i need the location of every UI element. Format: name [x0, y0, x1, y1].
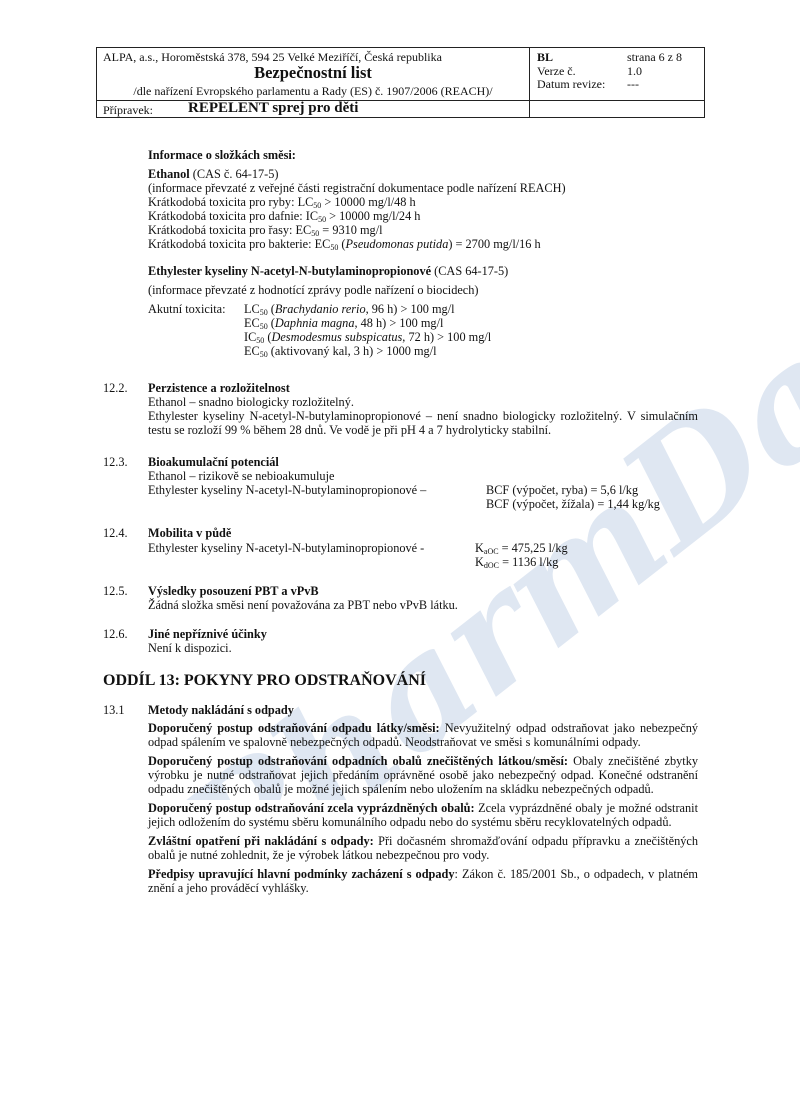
disposal-paragraph: Doporučený postup odstraňování odpadních…	[148, 754, 698, 796]
symbol: K	[475, 555, 484, 569]
acute-toxicity-row: EC50 (aktivovaný kal, 3 h) > 1000 mg/l	[244, 344, 437, 358]
ethanol-source: (informace převzaté z veřejné části regi…	[148, 181, 566, 195]
version-label: Verze č.	[537, 65, 627, 79]
paragraph-lead: Zvláštní opatření při nakládání s odpady…	[148, 834, 374, 848]
value: aktivovaný kal, 3 h) > 1000 mg/l	[275, 344, 437, 358]
subsection-title: Metody nakládání s odpady	[148, 703, 294, 717]
section-number: 12.4.	[103, 526, 128, 540]
acute-toxicity-label: Akutní toxicita:	[148, 302, 226, 316]
ester-name: Ethylester kyseliny N-acetyl-N-butylamin…	[148, 264, 431, 278]
value: , 48 h) > 100 mg/l	[354, 316, 443, 330]
section-title: Výsledky posouzení PBT a vPvB	[148, 584, 319, 598]
value: = 1136 l/kg	[499, 555, 558, 569]
label: Krátkodobá toxicita pro řasy: EC	[148, 223, 311, 237]
document-meta: BLstrana 6 z 8 Verze č.1.0 Datum revize:…	[537, 51, 682, 92]
paragraph-lead: Doporučený postup odstraňování odpadních…	[148, 754, 568, 768]
koc-value: KaOC = 475,25 l/kg	[475, 541, 568, 555]
disposal-paragraphs: Doporučený postup odstraňování odpadu lá…	[148, 721, 698, 900]
value: = 475,25 l/kg	[499, 541, 568, 555]
ethanol-title: Ethanol (CAS č. 64-17-5)	[148, 167, 279, 181]
paragraph-lead: Doporučený postup odstraňování odpadu lá…	[148, 721, 440, 735]
section-number: 12.2.	[103, 381, 128, 395]
section-title: Bioakumulační potenciál	[148, 455, 279, 469]
value: > 10000 mg/l/48 h	[321, 195, 415, 209]
value: , 96 h) > 100 mg/l	[366, 302, 455, 316]
section-title: Mobilita v půdě	[148, 526, 231, 540]
section-text: Ethanol – snadno biologicky rozložitelný…	[148, 395, 354, 409]
section-text: Ethanol – rizikově se nebioakumuluje	[148, 469, 334, 483]
page-info: strana 6 z 8	[627, 51, 682, 65]
document-page: ALPA, a.s., Horoměstská 378, 594 25 Velk…	[0, 0, 800, 1100]
header-divider-vertical	[529, 48, 530, 117]
symbol: K	[475, 541, 484, 555]
section-title: Perzistence a rozložitelnost	[148, 381, 290, 395]
subscript: dOC	[484, 561, 499, 570]
acute-toxicity-row: IC50 (Desmodesmus subspicatus, 72 h) > 1…	[244, 330, 491, 344]
disposal-paragraph: Doporučený postup odstraňování zcela vyp…	[148, 801, 698, 829]
label: EC	[244, 344, 260, 358]
document-header: ALPA, a.s., Horoměstská 378, 594 25 Velk…	[96, 47, 705, 118]
doc-code: BL	[537, 51, 627, 65]
bcf-earthworm-value: BCF (výpočet, žížala) = 1,44 kg/kg	[486, 497, 660, 511]
section-number: 12.5.	[103, 584, 128, 598]
ethanol-daphnia-toxicity: Krátkodobá toxicita pro dafnie: IC50 > 1…	[148, 209, 420, 223]
product-label: Přípravek:	[103, 103, 153, 117]
ester-title: Ethylester kyseliny N-acetyl-N-butylamin…	[148, 264, 508, 278]
product-name: REPELENT sprej pro děti	[188, 101, 358, 115]
section-text: Ethylester kyseliny N-acetyl-N-butylamin…	[148, 541, 424, 555]
document-title: Bezpečnostní list	[97, 64, 529, 82]
section-number: 12.3.	[103, 455, 128, 469]
section-text: Není k dispozici.	[148, 641, 232, 655]
species: Daphnia magna	[275, 316, 355, 330]
subscript: 50	[260, 350, 268, 359]
label: EC	[244, 316, 260, 330]
section-text: Ethylester kyseliny N-acetyl-N-butylamin…	[148, 409, 698, 437]
section-text: Žádná složka směsi není považována za PB…	[148, 598, 458, 612]
acute-toxicity-row: EC50 (Daphnia magna, 48 h) > 100 mg/l	[244, 316, 443, 330]
subscript: 50	[330, 243, 338, 252]
label: Krátkodobá toxicita pro dafnie: IC	[148, 209, 318, 223]
kdoc-value: KdOC = 1136 l/kg	[475, 555, 558, 569]
disposal-paragraph: Doporučený postup odstraňování odpadu lá…	[148, 721, 698, 749]
bcf-fish-value: BCF (výpočet, ryba) = 5,6 l/kg	[486, 483, 638, 497]
revision-label: Datum revize:	[537, 78, 627, 92]
section-13-heading: ODDÍL 13: POKYNY PRO ODSTRAŇOVÁNÍ	[103, 674, 426, 688]
disposal-paragraph: Předpisy upravující hlavní podmínky zach…	[148, 867, 698, 895]
label: Krátkodobá toxicita pro bakterie: EC	[148, 237, 330, 251]
species: Brachydanio rerio	[275, 302, 366, 316]
value: , 72 h) > 100 mg/l	[402, 330, 491, 344]
paragraph-lead: Doporučený postup odstraňování zcela vyp…	[148, 801, 475, 815]
species: Desmodesmus subspicatus	[271, 330, 402, 344]
label: Krátkodobá toxicita pro ryby: LC	[148, 195, 313, 209]
value: = 9310 mg/l	[319, 223, 382, 237]
section-text: Ethylester kyseliny N-acetyl-N-butylamin…	[148, 483, 426, 497]
version-value: 1.0	[627, 65, 642, 79]
value: > 10000 mg/l/24 h	[326, 209, 420, 223]
components-heading: Informace o složkách směsi:	[148, 148, 296, 162]
ester-cas: (CAS 64-17-5)	[431, 264, 508, 278]
paragraph-lead: Předpisy upravující hlavní podmínky zach…	[148, 867, 455, 881]
ethanol-fish-toxicity: Krátkodobá toxicita pro ryby: LC50 > 100…	[148, 195, 416, 209]
company-address: ALPA, a.s., Horoměstská 378, 594 25 Velk…	[103, 50, 442, 64]
ethanol-cas: (CAS č. 64-17-5)	[190, 167, 279, 181]
ethanol-algae-toxicity: Krátkodobá toxicita pro řasy: EC50 = 931…	[148, 223, 383, 237]
ethanol-name: Ethanol	[148, 167, 190, 181]
disposal-paragraph: Zvláštní opatření při nakládání s odpady…	[148, 834, 698, 862]
label: IC	[244, 330, 256, 344]
species: Pseudomonas putida	[346, 237, 449, 251]
ethanol-bacteria-toxicity: Krátkodobá toxicita pro bakterie: EC50 (…	[148, 237, 541, 251]
revision-value: ---	[627, 78, 639, 92]
value: ) = 2700 mg/l/16 h	[448, 237, 540, 251]
acute-toxicity-row: LC50 (Brachydanio rerio, 96 h) > 100 mg/…	[244, 302, 455, 316]
ester-source: (informace převzaté z hodnotící zprávy p…	[148, 283, 479, 297]
section-number: 12.6.	[103, 627, 128, 641]
label: LC	[244, 302, 260, 316]
regulation-reference: /dle nařízení Evropského parlamentu a Ra…	[97, 84, 529, 98]
section-title: Jiné nepříznivé účinky	[148, 627, 267, 641]
subsection-number: 13.1	[103, 703, 125, 717]
